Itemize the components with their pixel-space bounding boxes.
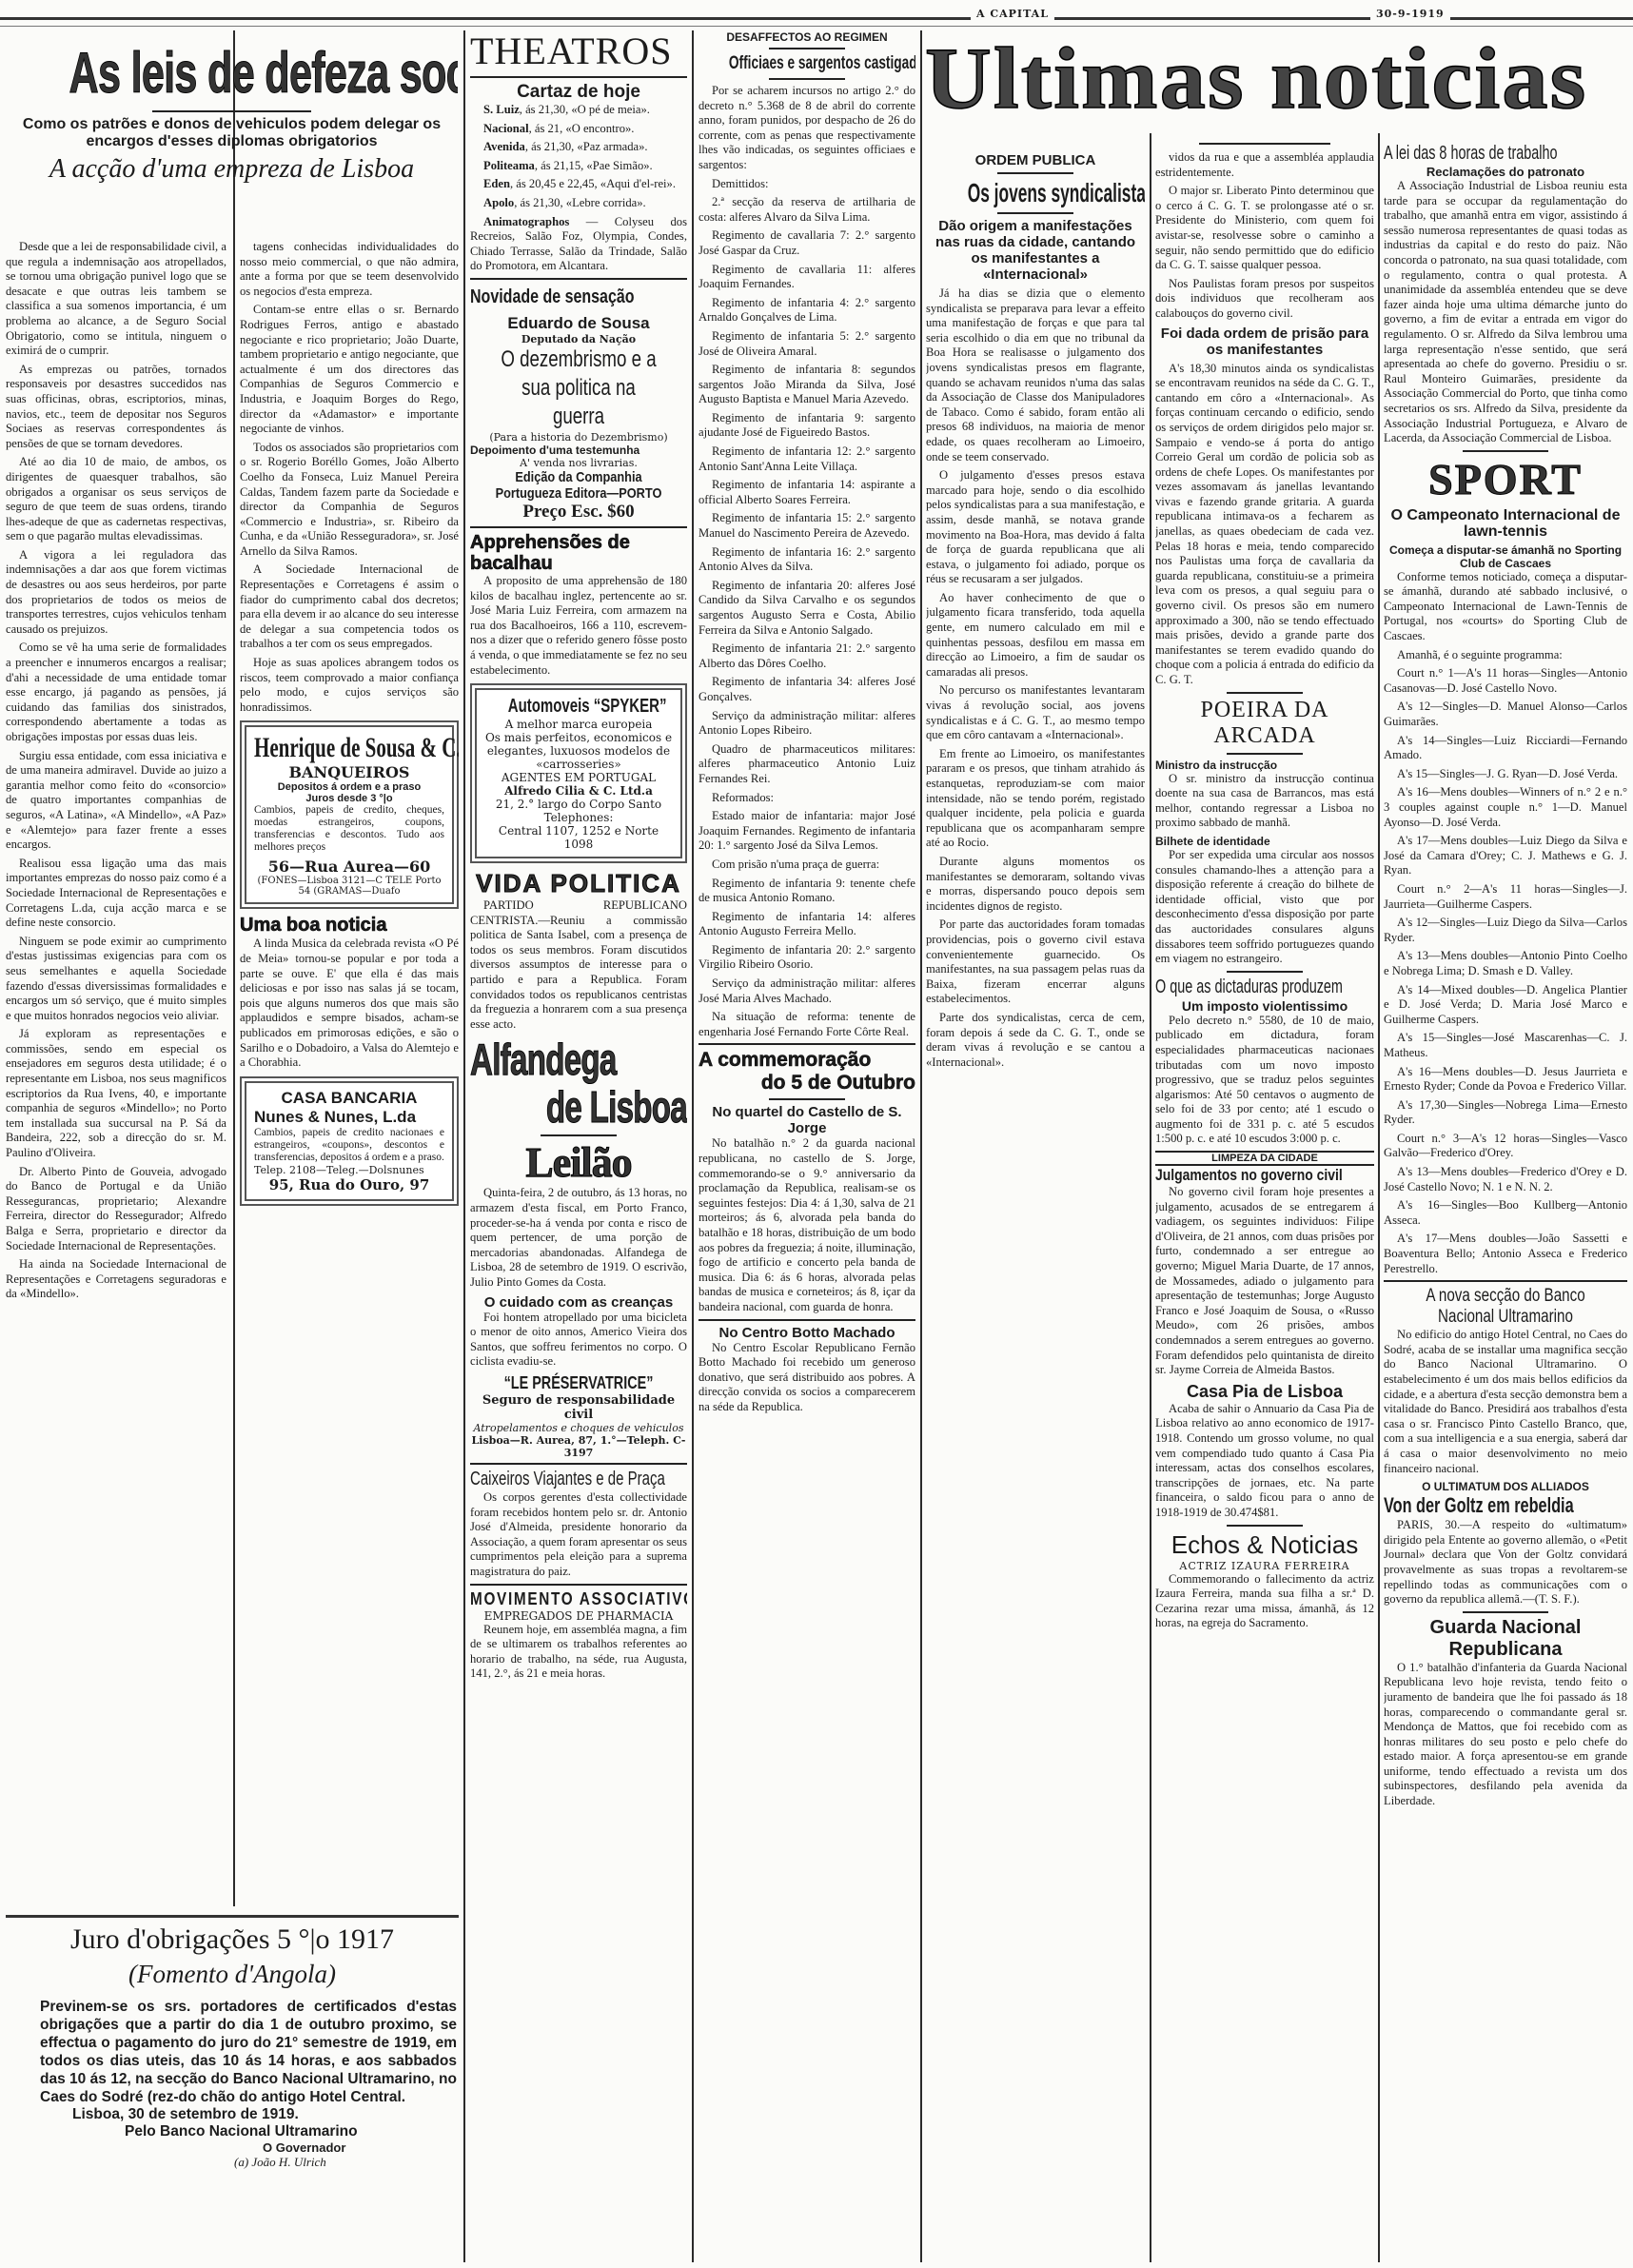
venue-name: Apolo <box>483 196 514 209</box>
list-item: Court n.° 1—A's 11 horas—Singles—Antonio… <box>1384 666 1627 696</box>
ad-kind: BANQUEIROS <box>254 763 444 781</box>
list-item: Regimento de cavallaria 11: alferes Joaq… <box>698 263 915 292</box>
kicker: DESAFFECTOS AO REGIMEN <box>698 30 915 44</box>
uma-boa-noticia-text: A linda Musica da celebrada revista «O P… <box>240 937 459 1070</box>
syndicalistas-headline: Os jovens syndicalistas <box>968 178 1104 208</box>
paragraph: O julgamento d'esses presos estava marca… <box>926 468 1145 587</box>
masthead-date: 30-9-1919 <box>1370 8 1450 20</box>
cartaz-entry: Nacional, ás 21, «O encontro». <box>470 122 687 137</box>
column-rule <box>1378 133 1380 2262</box>
creancas-text: Foi hontem atropellado por uma bicicleta… <box>470 1311 687 1370</box>
list-item: A's 12—Singles—D. Manuel Alonso—Carlos G… <box>1384 700 1627 729</box>
leilao-text: Quinta-feira, 2 de outubro, ás 13 horas,… <box>470 1186 687 1290</box>
tennis-title: O Campeonato Internacional de lawn-tenni… <box>1384 507 1627 540</box>
botto-title: No Centro Botto Machado <box>698 1325 915 1341</box>
paragraph: Ao haver conhecimento de que o julgament… <box>926 591 1145 680</box>
list-item: Regimento de infantaria 8: segundos sarg… <box>698 363 915 407</box>
commemoracao-subtitle: do 5 de Outubro <box>698 1072 915 1095</box>
paragraph: O major sr. Liberato Pinto determinou qu… <box>1155 184 1374 273</box>
officiaes-title: Officiaes e sargentos castigados <box>729 53 885 74</box>
alfandega-title: Alfandega <box>470 1035 626 1083</box>
venue-name: S. Luiz <box>483 103 520 116</box>
echos-sub: ACTRIZ IZAURA FERREIRA <box>1155 1560 1374 1572</box>
paragraph: Ha ainda na Sociedade Internacional de R… <box>6 1257 226 1302</box>
echos-title: Echos & Noticias <box>1155 1530 1374 1560</box>
paragraph: Contam-se entre ellas o sr. Bernardo Rod… <box>240 303 459 436</box>
divider <box>470 278 687 280</box>
novidade-title: Novidade de sensação <box>470 284 643 310</box>
list-item: Regimento de infantaria 20: 2.° sargento… <box>698 943 915 973</box>
author-role: Deputado da Nação <box>470 333 687 345</box>
prisao-list: Regimento de infantaria 9: tenente chefe… <box>698 877 915 1040</box>
lei-title: A lei das 8 horas de trabalho <box>1384 143 1559 165</box>
movimento-text: Reunem hoje, em assembléa magna, a fim d… <box>470 1623 687 1682</box>
ad-spyker: Automoveis “SPYKER” A melhor marca europ… <box>470 683 687 863</box>
paragraph: Já ha dias se dizia que o elemento syndi… <box>926 286 1145 464</box>
ornament <box>997 212 1074 214</box>
bnu-title: A nova secção do Banco Nacional Ultramar… <box>1408 1286 1603 1328</box>
paragraph: Realisou essa ligação uma das mais impor… <box>6 857 226 931</box>
list-item: Regimento de infantaria 21: 2.° sargento… <box>698 641 915 671</box>
bacalhau-title: Apprehensões de bacalhau <box>470 532 687 574</box>
paragraph: Durante alguns momentos os manifestantes… <box>926 855 1145 914</box>
list-item: Regimento de infantaria 15: 2.° sargento… <box>698 511 915 541</box>
article-body: Desde que a lei de responsabilidade civi… <box>6 240 226 1302</box>
ad-line: 21, 2.° largo do Corpo Santo <box>484 798 673 811</box>
paragraph: vidos da rua e que a assembléa applaudia… <box>1155 150 1374 180</box>
ornament <box>1227 1525 1304 1527</box>
vida-politica-title: VIDA POLITICA <box>470 869 687 898</box>
ad-line: Central 1107, 1252 e Norte 1098 <box>484 824 673 851</box>
venda-note: A' venda nos livrarias. <box>470 457 687 469</box>
ad-line: Os mais perfeitos, economicos e elegante… <box>484 731 673 771</box>
notice-signature: (a) João H. Ulrich <box>234 2155 459 2170</box>
creancas-title: O cuidado com as creanças <box>470 1294 687 1311</box>
gnr-title: Guarda Nacional Republicana <box>1384 1617 1627 1661</box>
botto-text: No Centro Escolar Republicano Fernão Bot… <box>698 1341 915 1415</box>
sport-title: SPORT <box>1384 456 1627 503</box>
ornament <box>1227 753 1304 755</box>
list-item: Court n.° 3—A's 12 horas—Singles—Vasco G… <box>1384 1132 1627 1161</box>
list-item: A's 15—Singles—José Mascarenhas—C. J. Ma… <box>1384 1031 1627 1060</box>
list-item: A's 16—Singles—Boo Kullberg—Antonio Asse… <box>1384 1198 1627 1228</box>
column-5: ORDEM PUBLICA Os jovens syndicalistas Dã… <box>926 143 1145 2262</box>
ad-line: Juros desde 3 °|o <box>254 793 444 804</box>
ad-henrique-de-sousa: Henrique de Sousa & C.ª BANQUEIROS Depos… <box>240 720 459 909</box>
notice-role: O Governador <box>263 2140 459 2155</box>
paragraph: Parte dos syndicalistas, cerca de cem, f… <box>926 1011 1145 1070</box>
castelo-title: No quartel do Castello de S. Jorge <box>698 1104 915 1136</box>
ad-title: CASA BANCARIA <box>254 1089 444 1108</box>
cartaz-entry: Animatographos — Colyseu dos Recreios, S… <box>470 215 687 274</box>
book-title: O dezembrismo e a sua politica na guerra <box>494 345 663 431</box>
cartaz-title: Cartaz de hoje <box>470 82 687 103</box>
ornament <box>1463 450 1548 452</box>
list-item: A's 14—Singles—Luiz Ricciardi—Fernando A… <box>1384 734 1627 763</box>
column-rule <box>463 30 465 2262</box>
syndicalistas-subhead: Dão origem a manifestações nas ruas da c… <box>926 218 1145 283</box>
list-item: Regimento de infantaria 16: 2.° sargento… <box>698 545 915 575</box>
list-item: Regimento de cavallaria 7: 2.° sargento … <box>698 228 915 258</box>
officiaes-intro: Por se acharem incursos no artigo 2.° do… <box>698 84 915 173</box>
paragraph: Todos os associados são proprietarios co… <box>240 441 459 560</box>
column-4: DESAFFECTOS AO REGIMEN Officiaes e sarge… <box>698 30 915 2262</box>
gnr-text: O 1.° batalhão d'infanteria da Guarda Na… <box>1384 1661 1627 1809</box>
dictaduras-title: O que as dictaduras produzem <box>1155 976 1313 998</box>
julgamentos-text: No governo civil foram hoje presentes a … <box>1155 1185 1374 1378</box>
paragraph: Hoje as suas apolices abrangem todos os … <box>240 656 459 715</box>
divider <box>470 526 687 528</box>
list-item: Regimento de infantaria 20: alferes José… <box>698 579 915 638</box>
paragraph: Desde que a lei de responsabilidade civi… <box>6 240 226 359</box>
list-item: Regimento de infantaria 9: sargento ajud… <box>698 411 915 441</box>
venue-name: Animatographos <box>483 215 569 228</box>
list-item: A's 17—Mens doubles—Luiz Diego da Silva … <box>1384 834 1627 878</box>
paragraph: Em frente ao Limoeiro, os manifestantes … <box>926 747 1145 851</box>
paragraph: No percurso os manifestantes levantaram … <box>926 683 1145 742</box>
notice-body: Previnem-se os srs. portadores de certif… <box>40 1998 457 2106</box>
venue-name: Politeama <box>483 159 535 172</box>
ultimatum-title: Von der Goltz em rebeldia <box>1384 1493 1564 1518</box>
castelo-text: No batalhão n.° 2 da guarda nacional rep… <box>698 1136 915 1314</box>
preservatrice-address: Lisboa—R. Aurea, 87, 1.°—Teleph. C-3197 <box>470 1434 687 1459</box>
cartaz-entry: Eden, ás 20,45 e 22,45, «Aqui d'el-rei». <box>470 177 687 192</box>
paragraph: tagens conhecidas individualidades do no… <box>240 240 459 299</box>
masthead-title: A CAPITAL <box>971 8 1054 20</box>
divider <box>1384 1280 1627 1282</box>
cartaz-entry: Politeama, ás 21,15, «Pae Simão». <box>470 159 687 174</box>
list-item: Regimento de infantaria 4: 2.° sargento … <box>698 296 915 325</box>
list-item: Serviço da administração militar: alfere… <box>698 709 915 739</box>
cartaz-list: S. Luiz, ás 21,30, «O pé de meia».Nacion… <box>470 103 687 274</box>
ad-phones: (FONES—Lisboa 3121—C TELE Porto 54 (GRAM… <box>254 876 444 897</box>
list-item: A's 16—Mens doubles—Winners of n.° 2 e n… <box>1384 785 1627 830</box>
preco: Preço Esc. $60 <box>470 502 687 523</box>
caixeiros-text: Os corpos gerentes d'esta collectividade… <box>470 1490 687 1580</box>
ad-teleg: Telep. 2108—Teleg.—Dolsnunes <box>254 1164 444 1176</box>
casa-pia-title: Casa Pia de Lisboa <box>1155 1382 1374 1402</box>
preservatrice-sub: Seguro de responsabilidade civil <box>470 1393 687 1422</box>
notice-title: Juro d'obrigações 5 °|o 1917 <box>6 1922 459 1958</box>
venue-name: Eden <box>483 177 510 190</box>
ad-body: Cambios, papeis de credito nacionaes e e… <box>254 1127 444 1164</box>
divider <box>470 1584 687 1586</box>
ordem-publica-kicker: ORDEM PUBLICA <box>926 152 1145 168</box>
list-item: Regimento de infantaria 5: 2.° sargento … <box>698 329 915 359</box>
prisao-title: Foi dada ordem de prisão para os manifes… <box>1155 325 1374 358</box>
paragraph: A vigora a lei reguladora das indemnisaç… <box>6 548 226 638</box>
ad-line: Telephones: <box>484 811 673 824</box>
leilao-title: Leilão <box>470 1140 687 1186</box>
ad-casa-bancaria: CASA BANCARIA Nunes & Nunes, L.da Cambio… <box>240 1076 459 1206</box>
paragraph: Nos Paulistas foram presos por suspeitos… <box>1155 277 1374 322</box>
paragraph: Até ao dia 10 de maio, de ambos, os diri… <box>6 455 226 544</box>
demittidos-label: Demittidos: <box>698 177 915 192</box>
uma-boa-noticia-title: Uma boa noticia <box>240 915 459 937</box>
ad-line: Alfredo Cilia & C. Ltd.a <box>484 784 673 798</box>
tennis-intro: Conforme temos noticiado, começa a dispu… <box>1384 570 1627 644</box>
echos-text: Commemorando o fallecimento da actriz Iz… <box>1155 1572 1374 1631</box>
venue-name: Nacional <box>483 122 529 135</box>
depoimento: Depoimento d'uma testemunha <box>470 444 687 457</box>
list-item: Court n.° 2—A's 11 horas—Singles—J. Jaur… <box>1384 882 1627 912</box>
bnu-text: No edificio do antigo Hotel Central, no … <box>1384 1328 1627 1476</box>
column-5b: vidos da rua e que a assembléa applaudia… <box>1155 143 1374 2262</box>
notice-subtitle: (Fomento d'Angola) <box>6 1958 459 1990</box>
column-1: Desde que a lei de responsabilidade civi… <box>6 240 226 1897</box>
casa-pia-text: Acaba de sahir o Annuario da Casa Pia de… <box>1155 1402 1374 1521</box>
bilhete-text: Por ser expedida uma circular aos nossos… <box>1155 848 1374 967</box>
ad-line: AGENTES EM PORTUGAL <box>484 771 673 784</box>
edicao: Edição da Companhia Portugueza Editora—P… <box>486 469 671 502</box>
reformados-label: Reformados: <box>698 791 915 806</box>
paragraph: A Sociedade Internacional de Representaç… <box>240 562 459 652</box>
lei-subtitle: Reclamações do patronato <box>1384 165 1627 179</box>
list-item: A's 13—Mens doubles—Frederico d'Orey e D… <box>1384 1165 1627 1194</box>
preservatrice-it: Atropelamentos e choques de vehiculos <box>470 1422 687 1434</box>
list-item: A's 17—Mens doubles—João Sassetti e Boav… <box>1384 1232 1627 1276</box>
tennis-program: Court n.° 1—A's 11 horas—Singles—Antonio… <box>1384 666 1627 1276</box>
column-rule <box>1150 133 1151 2262</box>
movimento-title: MOVIMENTO ASSOCIATIVO <box>470 1589 655 1609</box>
ornament <box>769 78 845 80</box>
ornament <box>769 48 845 49</box>
notice-signed-by: Pelo Banco Nacional Ultramarino <box>125 2123 459 2140</box>
column-3: THEATROS Cartaz de hoje S. Luiz, ás 21,3… <box>470 30 687 2262</box>
ad-address: 56—Rua Aurea—60 <box>254 858 444 876</box>
list-item: Regimento de infantaria 14: alferes Anto… <box>698 910 915 939</box>
list-item: Serviço da administração militar: alfere… <box>698 976 915 1006</box>
article-title: As leis de defeza social <box>69 40 395 107</box>
ad-title: Henrique de Sousa & C.ª <box>254 733 387 763</box>
vida-politica-text: PARTIDO REPUBLICANO CENTRISTA.—Reuniu a … <box>470 898 687 1032</box>
ministro-text: O sr. ministro da instrucção continua do… <box>1155 772 1374 831</box>
notice-date: Lisboa, 30 de setembro de 1919. <box>72 2106 459 2123</box>
paragraph: Como se vê ha uma serie de formalidades … <box>6 641 226 744</box>
ornament <box>1227 692 1304 694</box>
bilhete-title: Bilhete de identidade <box>1155 835 1374 848</box>
poeira-title: POEIRA DA ARCADA <box>1155 698 1374 749</box>
list-item: Regimento de infantaria 12: 2.° sargento… <box>698 444 915 474</box>
author-name: Eduardo de Sousa <box>470 314 687 333</box>
list-item: A's 16—Mens doubles—D. Jesus Jaurrieta e… <box>1384 1065 1627 1095</box>
commemoracao-title: A commemoração <box>698 1049 915 1072</box>
column-rule <box>692 30 694 2262</box>
demittidos-list: 2.ª secção da reserva de artilharia de c… <box>698 195 915 786</box>
list-item: Na situação de reforma: tenente de engen… <box>698 1010 915 1039</box>
divider <box>470 76 687 78</box>
list-item: A's 12—Singles—Luiz Diego da Silva—Carlo… <box>1384 916 1627 945</box>
column-6: A lei das 8 horas de trabalho Reclamaçõe… <box>1384 143 1627 2262</box>
reformados-text: Estado maior de infantaria: major José J… <box>698 809 915 854</box>
divider <box>6 1915 459 1918</box>
column-rule <box>233 30 235 1906</box>
tennis-subtitle: Começa a disputar-se ámanhã no Sporting … <box>1384 543 1627 570</box>
paragraph: Já exploram as representações e commissõ… <box>6 1027 226 1160</box>
ornament <box>769 1098 845 1100</box>
prisao-label: Com prisão n'uma praça de guerra: <box>698 858 915 873</box>
paragraph: As emprezas ou patrões, tornados respons… <box>6 363 226 452</box>
ornament <box>541 1134 617 1136</box>
divider <box>698 1319 915 1321</box>
article-body-continued: tagens conhecidas individualidades do no… <box>240 240 459 715</box>
ultimas-title: Ultimas noticias <box>925 30 1629 126</box>
column-rule <box>920 30 922 2262</box>
syndicalistas-continued: vidos da rua e que a assembléa applaudia… <box>1155 150 1374 322</box>
caixeiros-title: Caixeiros Viajantes e de Praça <box>470 1469 633 1490</box>
article-subtitle: Como os patrões e donos de vehiculos pod… <box>6 116 458 150</box>
ministro-title: Ministro da instrucção <box>1155 759 1374 772</box>
column-2: tagens conhecidas individualidades do no… <box>240 240 459 1897</box>
ad-name: Nunes & Nunes, L.da <box>254 1108 444 1127</box>
ornament <box>1463 1611 1548 1613</box>
tennis-program-label: Amanhã, é o seguinte programma: <box>1384 648 1627 663</box>
movimento-sub: EMPREGADOS DE PHARMACIA <box>470 1609 687 1623</box>
list-item: Regimento de infantaria 34: alferes José… <box>698 675 915 704</box>
cartaz-entry: Apolo, ás 21,30, «Lebre corrida». <box>470 196 687 211</box>
ultimas-header: Ultimas noticias <box>925 30 1629 135</box>
theatros-title: THEATROS <box>470 30 687 72</box>
lei-text: A Associação Industrial de Lisboa reuniu… <box>1384 179 1627 446</box>
list-item: Quadro de pharmaceuticos militares: alfe… <box>698 742 915 787</box>
ad-title: Automoveis “SPYKER” <box>508 696 650 718</box>
ultimatum-text: PARIS, 30.—A respeito do «ultimatum» dir… <box>1384 1518 1627 1607</box>
ornament <box>1227 971 1304 973</box>
list-item: A's 14—Mixed doubles—D. Angelica Plantie… <box>1384 983 1627 1028</box>
list-item: A's 15—Singles—J. G. Ryan—D. José Verda. <box>1384 767 1627 782</box>
list-item: Regimento de infantaria 14: aspirante a … <box>698 478 915 507</box>
imposto-text: Pelo decreto n.° 5580, de 10 de maio, pu… <box>1155 1014 1374 1147</box>
ornament <box>152 110 310 112</box>
venue-name: Avenida <box>483 140 525 153</box>
paragraph: Surgiu essa entidade, com essa iniciativ… <box>6 749 226 853</box>
divider <box>698 1043 915 1045</box>
ad-line: Depositos á ordem e a praso <box>254 781 444 793</box>
preservatrice-title: “LE PRÉSERVATRICE” <box>492 1373 665 1393</box>
list-item: A's 17,30—Singles—Nobrega Lima—Ernesto R… <box>1384 1098 1627 1128</box>
ultimatum-kicker: O ULTIMATUM DOS ALLIADOS <box>1384 1480 1627 1493</box>
paragraph: Ninguem se pode eximir ao cumprimento d'… <box>6 935 226 1024</box>
book-subtitle: (Para a historia do Dezembrismo) <box>470 431 687 444</box>
ad-line: A melhor marca europeia <box>484 718 673 731</box>
bacalhau-text: A proposito de uma apprehensão de 180 ki… <box>470 574 687 678</box>
list-item: 2.ª secção da reserva de artilharia de c… <box>698 195 915 225</box>
julgamentos-title: Julgamentos no governo civil <box>1155 1166 1335 1185</box>
list-item: A's 13—Mens doubles—Antonio Pinto Coelho… <box>1384 949 1627 978</box>
imposto-title: Um imposto violentissimo <box>1155 998 1374 1014</box>
ornament <box>1199 143 1330 145</box>
prisao-text: A's 18,30 minutos ainda os syndicalistas… <box>1155 362 1374 688</box>
article-italic-heading: A acção d'uma empreza de Lisboa <box>6 154 458 185</box>
limpeza-kicker: LIMPEZA DA CIDADE <box>1155 1151 1374 1166</box>
cartaz-entry: Avenida, ás 21,30, «Paz armada». <box>470 140 687 155</box>
paragraph: Dr. Alberto Pinto de Gouveia, advogado d… <box>6 1165 226 1254</box>
alfandega-subtitle: de Lisboa <box>531 1083 687 1131</box>
ornament <box>997 172 1074 174</box>
divider <box>470 1463 687 1465</box>
paragraph: Por parte das auctoridades foram tomadas… <box>926 917 1145 1007</box>
ad-body: Cambios, papeis de credito, cheques, moe… <box>254 804 444 854</box>
notice-juro-obrigacoes: Juro d'obrigações 5 °|o 1917 (Fomento d'… <box>6 1911 459 2170</box>
article-header-defeza: As leis de defeza social Como os patrões… <box>6 30 458 221</box>
list-item: Regimento de infantaria 9: tenente chefe… <box>698 877 915 906</box>
cartaz-entry: S. Luiz, ás 21,30, «O pé de meia». <box>470 103 687 118</box>
ad-address: 95, Rua do Ouro, 97 <box>254 1176 444 1193</box>
syndicalistas-body: Já ha dias se dizia que o elemento syndi… <box>926 286 1145 1070</box>
